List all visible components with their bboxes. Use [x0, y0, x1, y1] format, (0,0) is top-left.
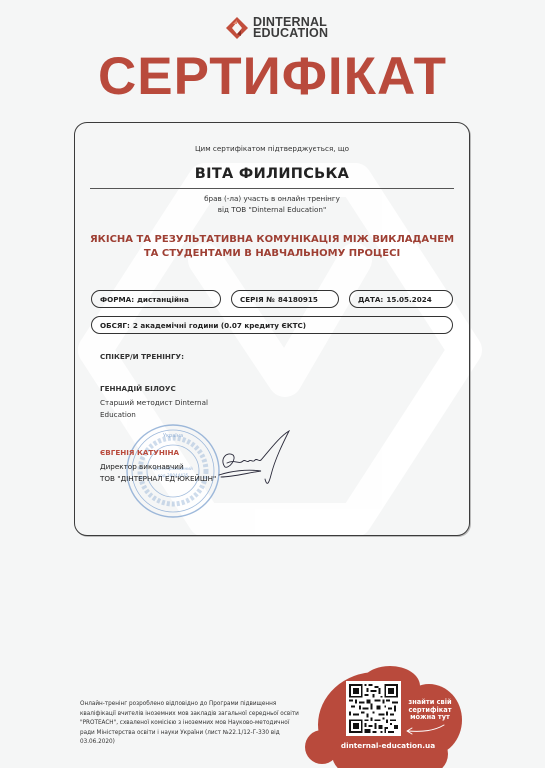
name-underline — [90, 188, 454, 189]
series-value: 84180915 — [278, 295, 318, 304]
speaker-role-line-2: Education — [100, 409, 250, 421]
dinternal-logo-icon — [225, 16, 249, 40]
form-value: дистанційна — [137, 295, 189, 304]
date-field: ДАТА: 15.05.2024 — [349, 290, 453, 308]
series-label: СЕРІЯ № — [240, 295, 275, 304]
certificate-qr-code[interactable] — [346, 681, 401, 736]
volume-value: 2 академічні години (0.07 кредиту ЄКТС) — [133, 321, 306, 330]
series-field: СЕРІЯ № 84180915 — [231, 290, 339, 308]
arrow-left-icon — [404, 722, 446, 736]
signature-icon — [217, 429, 297, 489]
speaker-name: ГЕННАДІЙ БІЛОУС — [100, 384, 176, 393]
speaker-role: Старший методист Dinternal Education — [100, 397, 250, 421]
form-field: ФОРМА: дистанційна — [91, 290, 221, 308]
website-link[interactable]: dinternal-education.ua — [338, 741, 438, 750]
logo-line-2: EDUCATION — [253, 28, 328, 40]
brand-logo: DINTERNAL EDUCATION — [225, 16, 328, 40]
recipient-name: ВІТА ФИЛИПСЬКА — [75, 166, 469, 182]
logo-text: DINTERNAL EDUCATION — [253, 17, 328, 40]
form-label: ФОРМА: — [100, 295, 134, 304]
confirm-text: Цим сертифікатом підтверджується, що — [75, 144, 469, 153]
certificate-card: Цим сертифікатом підтверджується, що ВІТ… — [74, 122, 470, 536]
decor-blob-bottom — [332, 734, 448, 768]
training-title-line-2: ТА СТУДЕНТАМИ В НАВЧАЛЬНОМУ ПРОЦЕСІ — [75, 247, 469, 261]
find-certificate-text: знайти свій сертифікат можна тут — [407, 699, 453, 722]
training-title-line-1: ЯКІСНА ТА РЕЗУЛЬТАТИВНА КОМУНІКАЦІЯ МІЖ … — [75, 233, 469, 247]
speaker-role-line-1: Старший методист Dinternal — [100, 397, 250, 409]
speakers-label: СПІКЕР/И ТРЕНІНГУ: — [100, 352, 184, 361]
participation-line-1: брав (-ла) участь в онлайн тренінгу — [75, 193, 469, 204]
certificate-title: СЕРТИФІКАТ — [0, 47, 545, 107]
director-role-line-2: ТОВ "ДІНТЕРНАЛ ЕД'ЮКЕЙШН" — [100, 473, 216, 485]
participation-line-2: від ТОВ "Dinternal Education" — [75, 204, 469, 215]
volume-label: ОБСЯГ: — [100, 321, 130, 330]
training-title: ЯКІСНА ТА РЕЗУЛЬТАТИВНА КОМУНІКАЦІЯ МІЖ … — [75, 233, 469, 261]
certificate-page: DINTERNAL EDUCATION СЕРТИФІКАТ Цим серти… — [0, 0, 545, 768]
program-note: Онлайн-тренінг розроблено відповідно до … — [80, 700, 305, 748]
director-role: Директор виконавчий ТОВ "ДІНТЕРНАЛ ЕД'ЮК… — [100, 461, 216, 485]
stamp-top-text: Україна — [163, 433, 183, 439]
participation-text: брав (-ла) участь в онлайн тренінгу від … — [75, 193, 469, 215]
director-role-line-1: Директор виконавчий — [100, 461, 216, 473]
director-name: ЄВГЕНІЯ КАТУНІНА — [100, 448, 179, 457]
find-text-line-3: можна тут — [407, 714, 453, 722]
qr-code-icon — [349, 684, 398, 733]
volume-field: ОБСЯГ: 2 академічні години (0.07 кредиту… — [91, 316, 453, 334]
date-label: ДАТА: — [358, 295, 383, 304]
date-value: 15.05.2024 — [386, 295, 431, 304]
